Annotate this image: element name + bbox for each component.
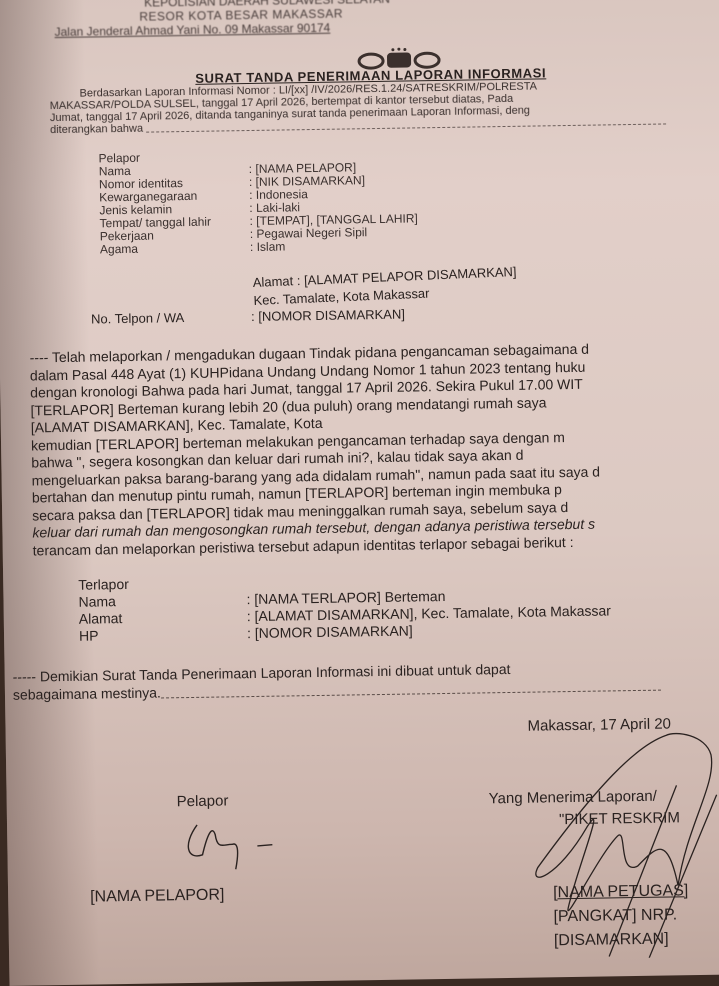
- closing-paragraph: ----- Demikian Surat Tanda Penerimaan La…: [13, 656, 719, 703]
- field-label: No. Telpon / WA: [91, 309, 251, 327]
- letterhead: KEPOLISIAN DAERAH SULAWESI SELATAN RESOR…: [54, 0, 390, 39]
- terlapor-section: Terlapor Nama: [NAMA TERLAPOR] BertemanA…: [78, 568, 611, 644]
- reporter-name: [NAMA PELAPOR]: [90, 886, 225, 906]
- reporter-signature: [177, 813, 298, 875]
- document-page: KEPOLISIAN DAERAH SULAWESI SELATAN RESOR…: [0, 0, 719, 972]
- field-value: : [NOMOR DISAMARKAN]: [251, 307, 405, 324]
- report-narrative: ---- Telah melaporkan / mengadukan dugaa…: [30, 338, 719, 559]
- pelapor-address: Alamat : [ALAMAT PELAPOR DISAMARKAN] Kec…: [252, 263, 517, 310]
- receiver-rank: [PANGKAT] NRP. [DISAMARKAN]: [553, 902, 719, 953]
- receiver-name: [NAMA PETUGAS]: [553, 878, 719, 905]
- intro-paragraph: Berdasarkan Laporan Informasi Nomor : LI…: [49, 77, 719, 136]
- field-label: HP: [79, 625, 247, 645]
- reporter-label: Pelapor: [177, 792, 229, 810]
- field-label: Agama: [100, 241, 250, 256]
- pelapor-section: Pelapor Nama: [NAMA PELAPOR]Nomor identi…: [98, 147, 418, 256]
- letterhead-line-3: Jalan Jenderal Ahmad Yani No. 09 Makassa…: [54, 20, 390, 39]
- receiver-block: [NAMA PETUGAS] [PANGKAT] NRP. [DISAMARKA…: [553, 878, 719, 953]
- field-value: : Islam: [250, 240, 286, 254]
- field-value: : [NOMOR DISAMARKAN]: [247, 623, 413, 643]
- pelapor-phone-row: No. Telpon / WA : [NOMOR DISAMARKAN]: [91, 307, 405, 327]
